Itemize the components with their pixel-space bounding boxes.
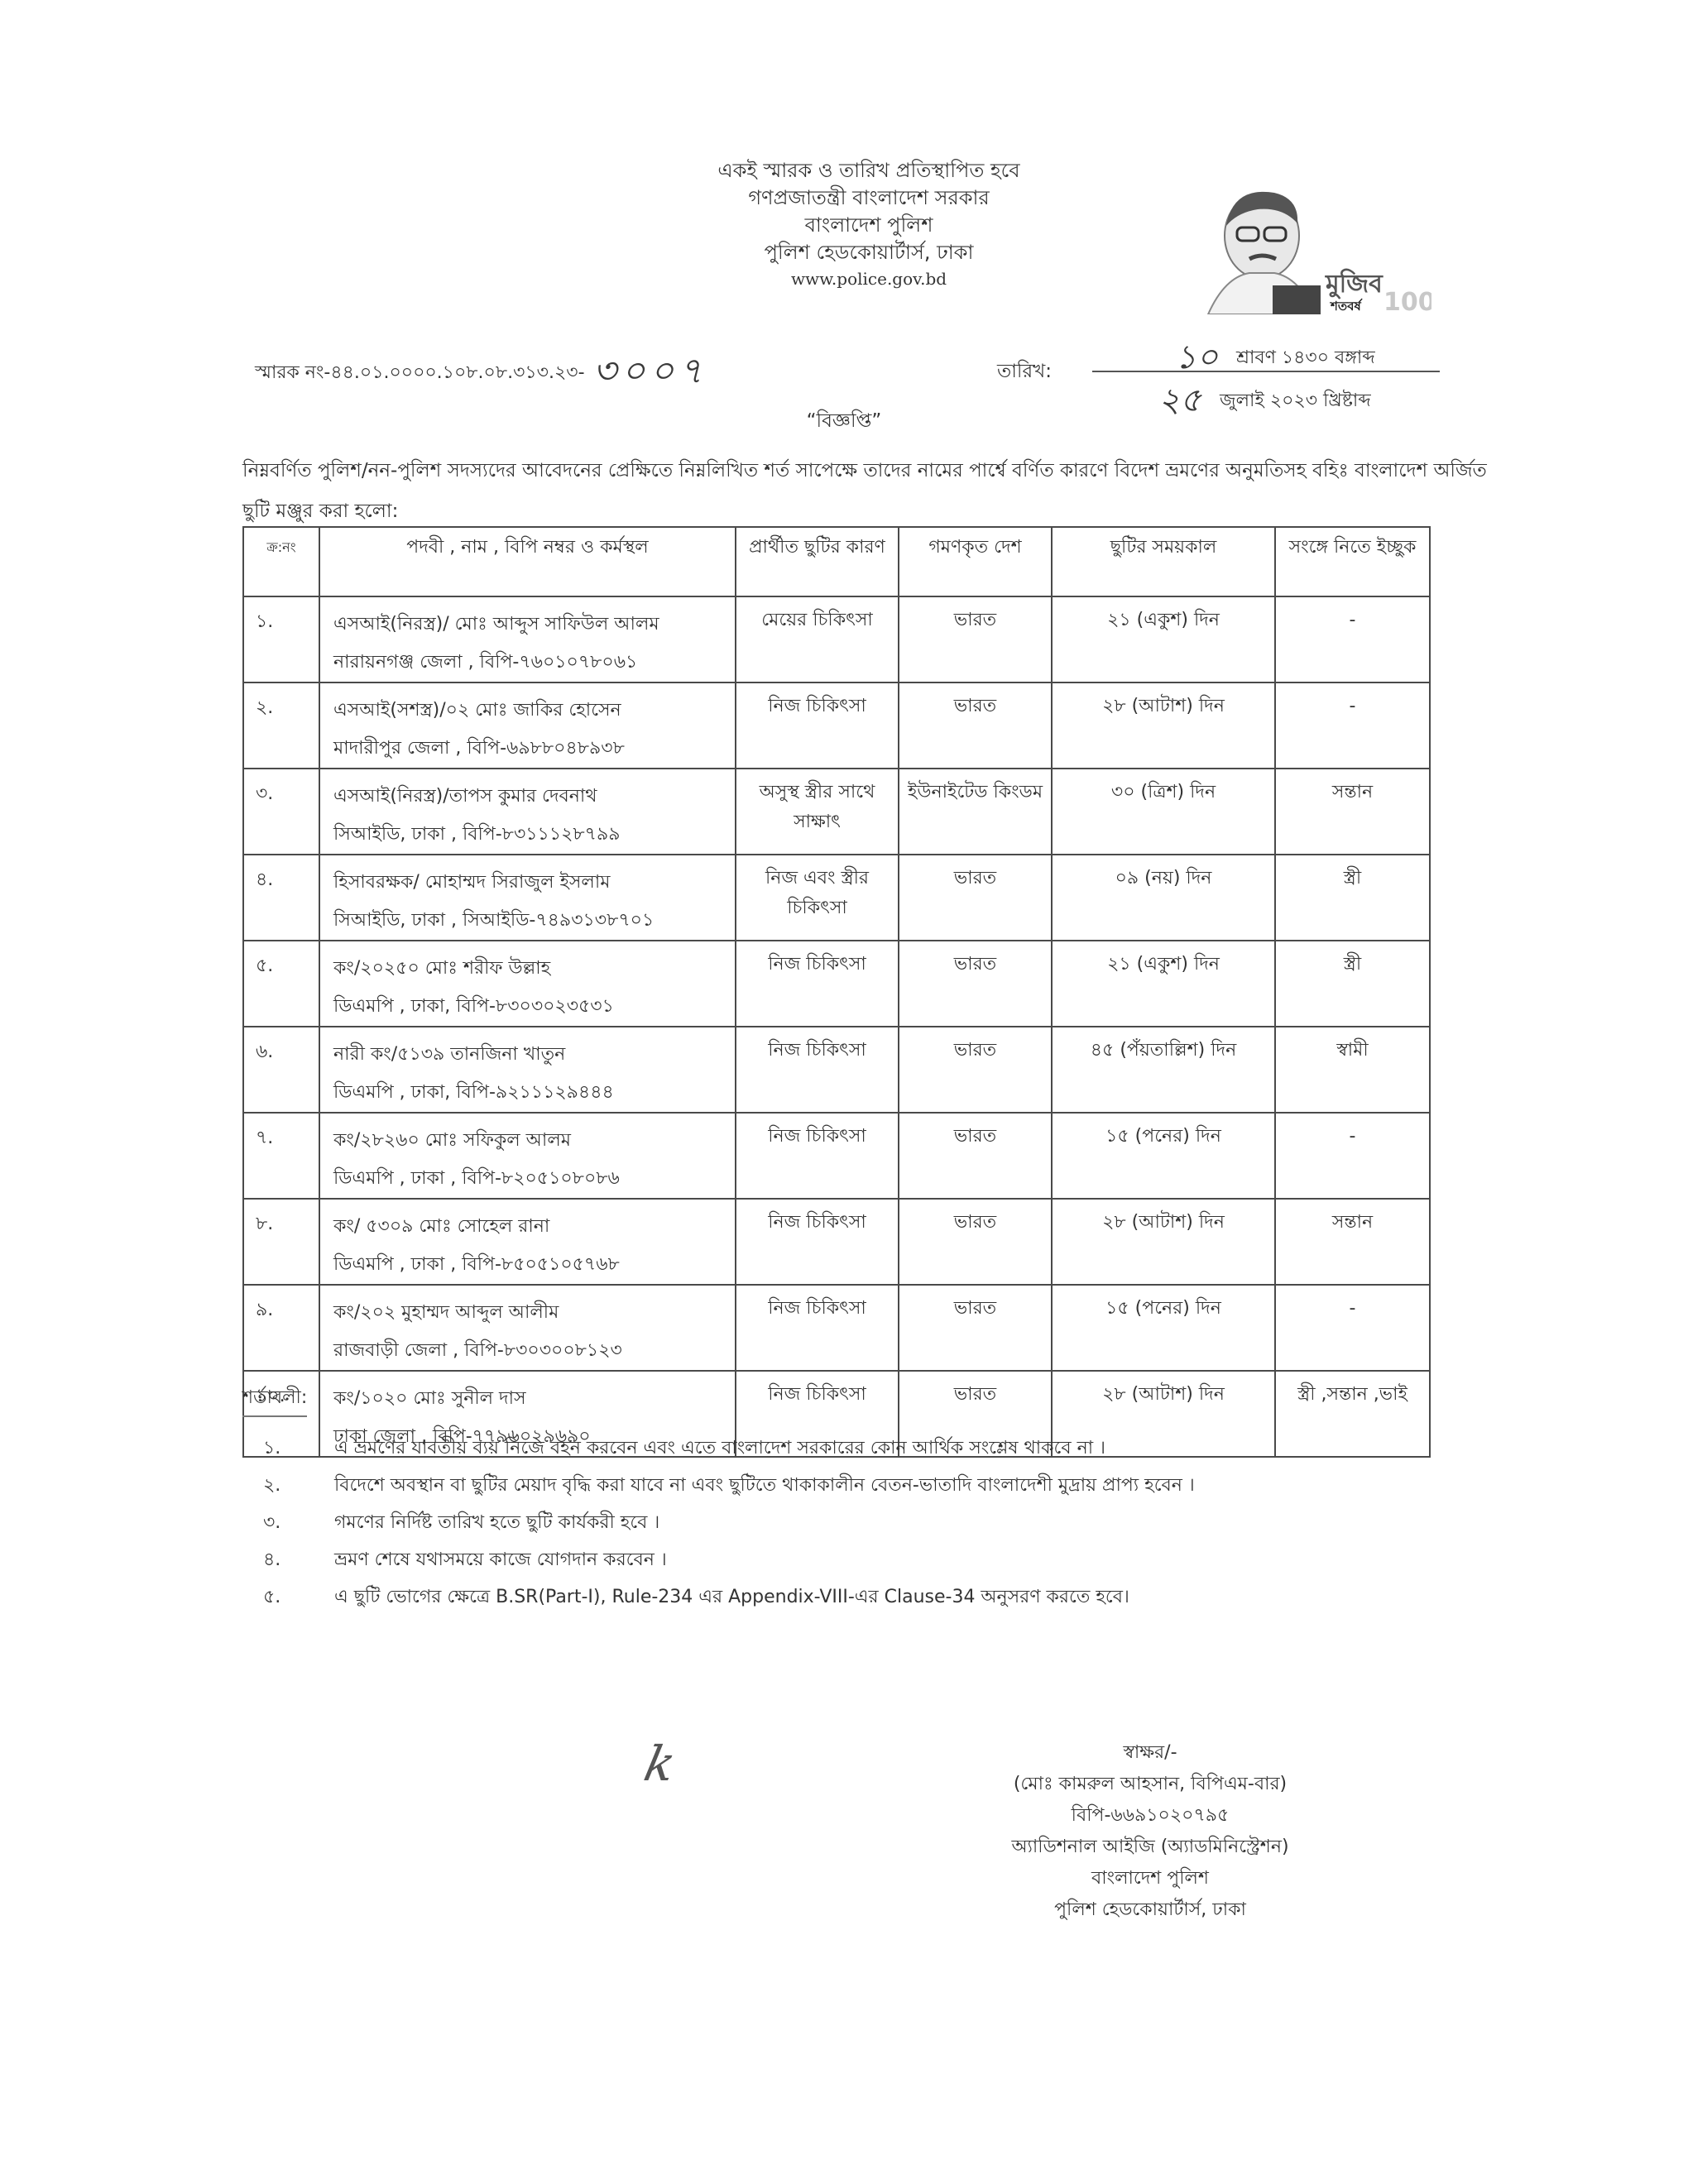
cell-reason: নিজ চিকিৎসা [736,682,899,769]
cell-duration: ১৫ (পনের) দিন [1052,1113,1275,1199]
letterhead: একই স্মারক ও তারিখ প্রতিস্থাপিত হবে গণপ্… [579,157,1158,291]
signature-line: (মোঃ কামরুল আহসান, বিপিএম-বার) [943,1769,1357,1800]
intro-paragraph: নিম্নবর্ণিত পুলিশ/নন-পুলিশ সদস্যদের আবেদ… [242,451,1517,532]
cell-duration: ২১ (একুশ) দিন [1052,941,1275,1027]
name-designation: এসআই(নিরস্ত্র)/তাপস কুমার দেবনাথ [333,778,735,816]
department-name: বাংলাদেশ পুলিশ [579,212,1158,239]
table-row: ৭.কং/২৮২৬০ মোঃ সফিকুল আলমডিএমপি , ঢাকা ,… [243,1113,1430,1199]
cell-name: কং/২৮২৬০ মোঃ সফিকুল আলমডিএমপি , ঢাকা , ব… [319,1113,736,1199]
cell-companion: সন্তান [1275,769,1430,855]
cell-duration: ৪৫ (পঁয়তাল্লিশ) দিন [1052,1027,1275,1113]
cell-serial: ১. [243,596,319,682]
table-row: ৯.কং/২০২ মুহাম্মদ আব্দুল আলীমরাজবাড়ী জে… [243,1285,1430,1371]
name-designation: এসআই(সশস্ত্র)/০২ মোঃ জাকির হোসেন [333,692,735,730]
table-row: ৫.কং/২০২৫০ মোঃ শরীফ উল্লাহডিএমপি , ঢাকা,… [243,941,1430,1027]
cell-country: ভারত [899,1027,1052,1113]
signature-block: স্বাক্ষর/-(মোঃ কামরুল আহসান, বিপিএম-বার)… [943,1737,1357,1926]
name-workplace-bp: ডিএমপি , ঢাকা , বিপি-৮২০৫১০৮০৮৬ [333,1160,735,1198]
website-link[interactable]: www.police.gov.bd [579,266,1158,291]
name-workplace-bp: সিআইডি, ঢাকা , সিআইডি-৭৪৯৩১৩৮৭০১ [333,902,735,940]
cell-name: এসআই(নিরস্ত্র)/তাপস কুমার দেবনাথসিআইডি, … [319,769,736,855]
name-workplace-bp: ডিএমপি , ঢাকা, বিপি-৯২১১১২৯৪৪৪ [333,1074,735,1112]
svg-text:মুজিব: মুজিব [1325,268,1383,299]
conditions-title: শর্তাবলী: [242,1383,307,1417]
cell-country: ভারত [899,682,1052,769]
cell-companion: স্বামী [1275,1027,1430,1113]
cell-serial: ৬. [243,1027,319,1113]
name-workplace-bp: ডিএমপি , ঢাকা , বিপি-৮৫০৫১০৫৭৬৮ [333,1246,735,1284]
cell-duration: ৩০ (ত্রিশ) দিন [1052,769,1275,855]
cell-duration: ২৮ (আটাশ) দিন [1052,1199,1275,1285]
condition-number: ২. [263,1467,334,1504]
cell-country: ভারত [899,1199,1052,1285]
name-designation: কং/১০২০ মোঃ সুনীল দাস [333,1380,735,1418]
cell-reason: নিজ চিকিৎসা [736,941,899,1027]
cell-reason: নিজ চিকিৎসা [736,1027,899,1113]
name-workplace-bp: ডিএমপি , ঢাকা, বিপি-৮৩০৩০২৩৫৩১ [333,988,735,1026]
header-country: গমণকৃত দেশ [899,527,1052,596]
condition-number: ৫. [263,1578,334,1616]
cell-country: ইউনাইটেড কিংডম [899,769,1052,855]
cell-duration: ১৫ (পনের) দিন [1052,1285,1275,1371]
date-divider [1092,371,1440,372]
cell-serial: ৫. [243,941,319,1027]
cell-companion: - [1275,1285,1430,1371]
signature-line: পুলিশ হেডকোয়ার্টার্স, ঢাকা [943,1894,1357,1926]
condition-number: ৩. [263,1504,334,1541]
name-designation: কং/ ৫৩০৯ মোঃ সোহেল রানা [333,1208,735,1246]
cell-companion: স্ত্রী [1275,941,1430,1027]
condition-text: এ ছুটি ভোগের ক্ষেত্রে B.SR(Part-I), Rule… [334,1578,1129,1616]
name-designation: কং/২০২ মুহাম্মদ আব্দুল আলীম [333,1294,735,1332]
cell-name: নারী কং/৫১৩৯ তানজিনা খাতুনডিএমপি , ঢাকা,… [319,1027,736,1113]
name-designation: এসআই(নিরস্ত্র)/ মোঃ আব্দুস সাফিউল আলম [333,606,735,644]
name-workplace-bp: নারায়নগঞ্জ জেলা , বিপি-৭৬০১০৭৮০৬১ [333,644,735,682]
cell-name: কং/২০২ মুহাম্মদ আব্দুল আলীমরাজবাড়ী জেলা… [319,1285,736,1371]
cell-country: ভারত [899,855,1052,941]
cell-serial: ৮. [243,1199,319,1285]
leave-approval-table: ক্র:নং পদবী , নাম , বিপি নম্বর ও কর্মস্থ… [242,526,1431,1458]
cell-companion: সন্তান [1275,1199,1430,1285]
conditions-list: ১.এ ভ্রমণের যাবতীয় ব্যয় নিজে বহন করবেন… [263,1430,1587,1616]
cell-reason: মেয়ের চিকিৎসা [736,596,899,682]
cell-reason: নিজ চিকিৎসা [736,1199,899,1285]
replacement-note: একই স্মারক ও তারিখ প্রতিস্থাপিত হবে [579,157,1158,184]
cell-country: ভারত [899,1113,1052,1199]
cell-duration: ০৯ (নয়) দিন [1052,855,1275,941]
condition-number: ১. [263,1430,334,1467]
name-workplace-bp: সিআইডি, ঢাকা , বিপি-৮৩১১১২৮৭৯৯ [333,816,735,854]
condition-item: ২.বিদেশে অবস্থান বা ছুটির মেয়াদ বৃদ্ধি … [263,1467,1587,1504]
signature-line: স্বাক্ষর/- [943,1737,1357,1769]
cell-serial: ৩. [243,769,319,855]
cell-serial: ৯. [243,1285,319,1371]
signature-line: অ্যাডিশনাল আইজি (অ্যাডমিনিস্ট্রেশন) [943,1832,1357,1863]
condition-item: ১.এ ভ্রমণের যাবতীয় ব্যয় নিজে বহন করবেন… [263,1430,1587,1467]
cell-name: এসআই(সশস্ত্র)/০২ মোঃ জাকির হোসেনমাদারীপু… [319,682,736,769]
cell-serial: ৭. [243,1113,319,1199]
signature-line: বিপি-৬৬৯১০২০৭৯৫ [943,1800,1357,1832]
header-serial: ক্র:নং [243,527,319,596]
condition-number: ৪. [263,1541,334,1578]
cell-duration: ২৮ (আটাশ) দিন [1052,682,1275,769]
date-label: তারিখ: [997,356,1052,388]
mujib-borsho-logo: মুজিব শতবর্ষ 100 [1192,178,1431,314]
cell-companion: - [1275,596,1430,682]
cell-name: কং/২০২৫০ মোঃ শরীফ উল্লাহডিএমপি , ঢাকা, ব… [319,941,736,1027]
cell-duration: ২১ (একুশ) দিন [1052,596,1275,682]
condition-text: ভ্রমণ শেষে যথাসময়ে কাজে যোগদান করবেন । [334,1541,667,1578]
name-workplace-bp: মাদারীপুর জেলা , বিপি-৬৯৮৮০৪৮৯৩৮ [333,730,735,768]
table-header-row: ক্র:নং পদবী , নাম , বিপি নম্বর ও কর্মস্থ… [243,527,1430,596]
cell-country: ভারত [899,596,1052,682]
header-companion: সংঙ্গে নিতে ইচ্ছুক [1275,527,1430,596]
header-name: পদবী , নাম , বিপি নম্বর ও কর্মস্থল [319,527,736,596]
table-row: ১.এসআই(নিরস্ত্র)/ মোঃ আব্দুস সাফিউল আলমন… [243,596,1430,682]
signature-line: বাংলাদেশ পুলিশ [943,1863,1357,1894]
notice-title: “বিজ্ঞপ্তি” [0,405,1688,438]
memo-handwritten-number: ৩০০৭ [593,350,707,392]
memo-label: স্মারক নং-৪৪.০১.০০০০.১০৮.০৮.৩১৩.২৩- [255,362,585,383]
office-name: পুলিশ হেডকোয়ার্টার্স, ঢাকা [579,239,1158,266]
name-designation: হিসাবরক্ষক/ মোহাম্মদ সিরাজুল ইসলাম [333,864,735,902]
table-row: ২.এসআই(সশস্ত্র)/০২ মোঃ জাকির হোসেনমাদারী… [243,682,1430,769]
memo-number: স্মারক নং-৪৪.০১.০০০০.১০৮.০৮.৩১৩.২৩-৩০০৭ [255,343,707,404]
cell-country: ভারত [899,941,1052,1027]
table-row: ৩.এসআই(নিরস্ত্র)/তাপস কুমার দেবনাথসিআইডি… [243,769,1430,855]
cell-reason: নিজ চিকিৎসা [736,1113,899,1199]
cell-name: এসআই(নিরস্ত্র)/ মোঃ আব্দুস সাফিউল আলমনার… [319,596,736,682]
cell-serial: ৪. [243,855,319,941]
name-designation: নারী কং/৫১৩৯ তানজিনা খাতুন [333,1036,735,1074]
svg-text:শতবর্ষ: শতবর্ষ [1330,298,1363,314]
cell-reason: নিজ এবং স্ত্রীর চিকিৎসা [736,855,899,941]
condition-text: বিদেশে অবস্থান বা ছুটির মেয়াদ বৃদ্ধি কর… [334,1467,1195,1504]
name-designation: কং/২০২৫০ মোঃ শরীফ উল্লাহ [333,950,735,988]
name-workplace-bp: রাজবাড়ী জেলা , বিপি-৮৩০৩০০৮১২৩ [333,1332,735,1370]
header-duration: ছুটির সময়কাল [1052,527,1275,596]
cell-name: হিসাবরক্ষক/ মোহাম্মদ সিরাজুল ইসলামসিআইডি… [319,855,736,941]
condition-item: ৩.গমণের নির্দিষ্ট তারিখ হতে ছুটি কার্যকর… [263,1504,1587,1541]
svg-text:100: 100 [1383,288,1431,314]
name-designation: কং/২৮২৬০ মোঃ সফিকুল আলম [333,1122,735,1160]
cell-serial: ২. [243,682,319,769]
handwritten-initial: k [640,1736,681,1792]
portrait-icon: মুজিব শতবর্ষ 100 [1192,178,1431,314]
cell-name: কং/ ৫৩০৯ মোঃ সোহেল রানাডিএমপি , ঢাকা , ব… [319,1199,736,1285]
header-reason: প্রার্থীত ছুটির কারণ [736,527,899,596]
government-name: গণপ্রজাতন্ত্রী বাংলাদেশ সরকার [579,184,1158,212]
condition-text: গমণের নির্দিষ্ট তারিখ হতে ছুটি কার্যকরী … [334,1504,659,1541]
cell-country: ভারত [899,1285,1052,1371]
cell-companion: - [1275,682,1430,769]
condition-item: ৪.ভ্রমণ শেষে যথাসময়ে কাজে যোগদান করবেন … [263,1541,1587,1578]
date-bangla-month-year: শ্রাবণ ১৪৩০ বঙ্গাব্দ [1236,347,1375,368]
cell-companion: স্ত্রী [1275,855,1430,941]
cell-companion: - [1275,1113,1430,1199]
cell-reason: নিজ চিকিৎসা [736,1285,899,1371]
cell-reason: অসুস্থ স্ত্রীর সাথে সাক্ষাৎ [736,769,899,855]
condition-item: ৫.এ ছুটি ভোগের ক্ষেত্রে B.SR(Part-I), Ru… [263,1578,1587,1616]
table-row: ৮.কং/ ৫৩০৯ মোঃ সোহেল রানাডিএমপি , ঢাকা ,… [243,1199,1430,1285]
table-row: ৪.হিসাবরক্ষক/ মোহাম্মদ সিরাজুল ইসলামসিআই… [243,855,1430,941]
condition-text: এ ভ্রমণের যাবতীয় ব্যয় নিজে বহন করবেন এ… [334,1430,1105,1467]
table-row: ৬.নারী কং/৫১৩৯ তানজিনা খাতুনডিএমপি , ঢাক… [243,1027,1430,1113]
